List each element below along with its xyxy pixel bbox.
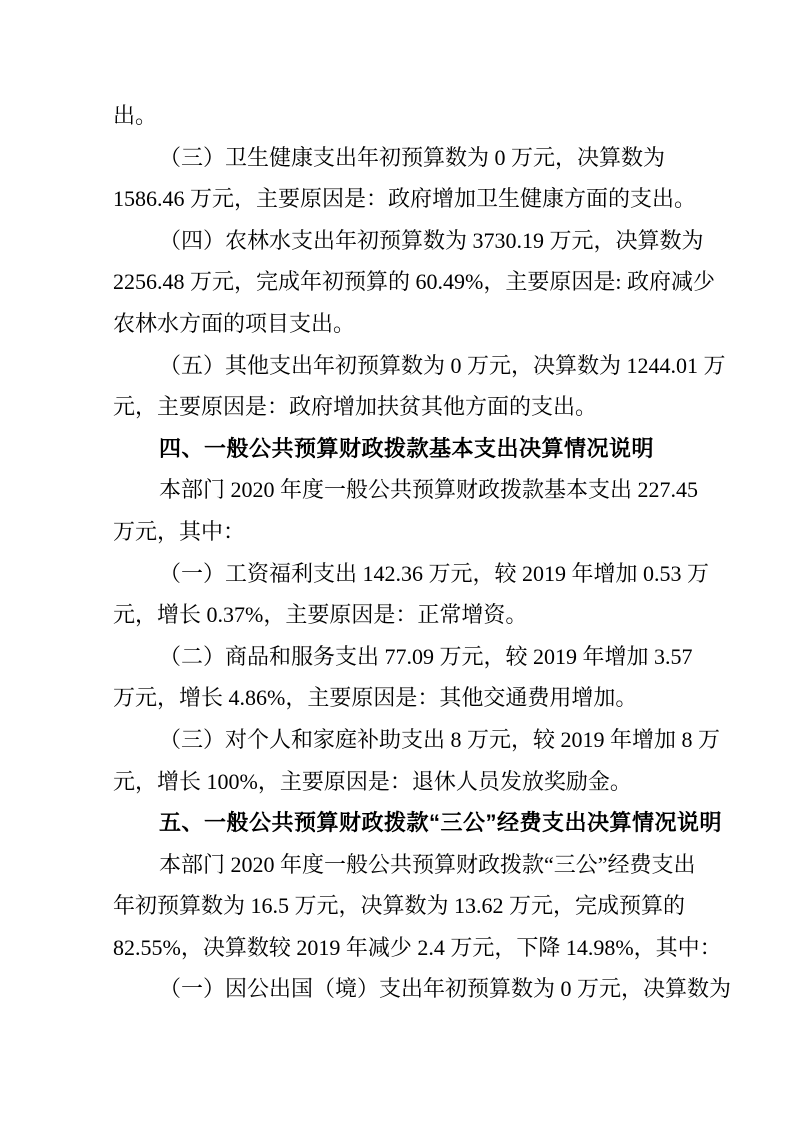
text-line: 2256.48 万元，完成年初预算的 60.49%，主要原因是: 政府减少	[113, 261, 698, 303]
text-line: 元，增长 0.37%，主要原因是：正常增资。	[113, 594, 698, 636]
text-line: （一）工资福利支出 142.36 万元，较 2019 年增加 0.53 万	[113, 553, 698, 595]
section-heading: 五、一般公共预算财政拨款“三公”经费支出决算情况说明	[113, 802, 698, 844]
text-line: 元，增长 100%，主要原因是：退休人员发放奖励金。	[113, 761, 698, 803]
section-heading: 四、一般公共预算财政拨款基本支出决算情况说明	[113, 428, 698, 470]
document-content: 出。（三）卫生健康支出年初预算数为 0 万元，决算数为1586.46 万元，主要…	[113, 95, 698, 1010]
text-line: 农林水方面的项目支出。	[113, 303, 698, 345]
text-line: （四）农林水支出年初预算数为 3730.19 万元，决算数为	[113, 220, 698, 262]
text-line: 出。	[113, 95, 698, 137]
text-line: 年初预算数为 16.5 万元，决算数为 13.62 万元，完成预算的	[113, 885, 698, 927]
text-line: 82.55%，决算数较 2019 年减少 2.4 万元，下降 14.98%，其中…	[113, 927, 698, 969]
text-line: （五）其他支出年初预算数为 0 万元，决算数为 1244.01 万	[113, 345, 698, 387]
text-line: （三）卫生健康支出年初预算数为 0 万元，决算数为	[113, 137, 698, 179]
text-line: 万元，其中：	[113, 511, 698, 553]
text-line: 本部门 2020 年度一般公共预算财政拨款基本支出 227.45	[113, 469, 698, 511]
text-line: 本部门 2020 年度一般公共预算财政拨款“三公”经费支出	[113, 844, 698, 886]
text-line: 1586.46 万元，主要原因是：政府增加卫生健康方面的支出。	[113, 178, 698, 220]
text-line: （一）因公出国（境）支出年初预算数为 0 万元，决算数为	[113, 968, 698, 1010]
text-line: （三）对个人和家庭补助支出 8 万元，较 2019 年增加 8 万	[113, 719, 698, 761]
text-line: 万元，增长 4.86%，主要原因是：其他交通费用增加。	[113, 677, 698, 719]
text-line: （二）商品和服务支出 77.09 万元，较 2019 年增加 3.57	[113, 636, 698, 678]
document-page: 出。（三）卫生健康支出年初预算数为 0 万元，决算数为1586.46 万元，主要…	[0, 0, 793, 1122]
text-line: 元，主要原因是：政府增加扶贫其他方面的支出。	[113, 386, 698, 428]
